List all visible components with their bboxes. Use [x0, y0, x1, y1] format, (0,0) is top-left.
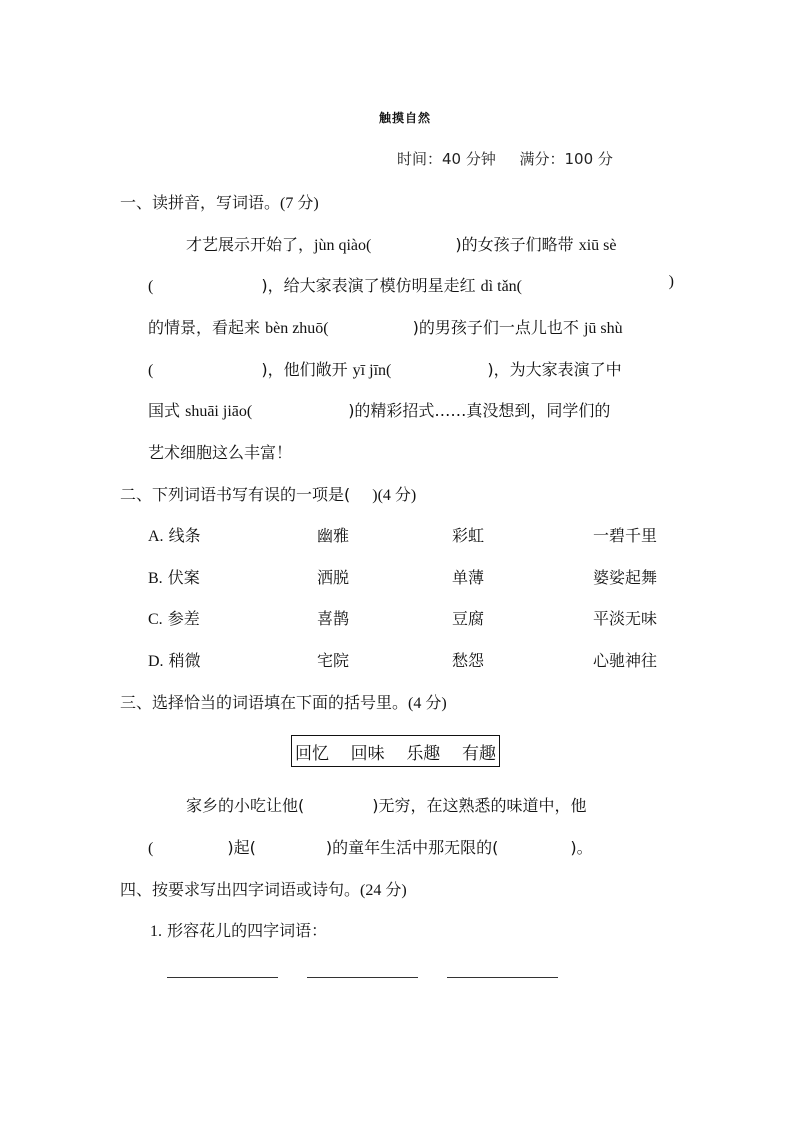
paren-open: (	[148, 278, 153, 295]
text: )。	[570, 838, 592, 857]
option-word: 稍微	[169, 651, 201, 670]
document-title: 触摸自然	[379, 109, 431, 126]
section-3-points: (4 分)	[408, 695, 447, 712]
word-bank-item: 有趣	[462, 739, 496, 764]
paren-close: )	[669, 273, 674, 291]
text: )起(	[227, 838, 256, 857]
paren-open: (	[148, 840, 153, 857]
option-word: 愁怨	[452, 648, 484, 671]
paren-open: (	[148, 362, 153, 379]
option-word: 线条	[169, 526, 201, 545]
section-3-heading: 三、选择恰当的词语填在下面的括号里。(4 分)	[120, 690, 447, 713]
option-word: 伏案	[168, 568, 200, 587]
option-row-b[interactable]: B. 伏案	[148, 565, 200, 588]
exam-meta: 时间：40 分钟 满分：100 分	[397, 148, 613, 169]
word-bank-item: 乐趣	[406, 739, 440, 764]
text: )的男孩子们一点儿也不	[413, 318, 584, 337]
option-word: 心驰神往	[593, 648, 657, 671]
passage-line-5: 国式 shuāi jiāo()的精彩招式……真没想到，同学们的	[148, 398, 610, 421]
option-word: 喜鹊	[317, 606, 349, 629]
option-word: 宅院	[317, 648, 349, 671]
section-2-heading: 二、下列词语书写有误的一项是()(4 分)	[120, 482, 416, 505]
text: 国式	[148, 401, 185, 420]
time-label: 时间：	[397, 150, 442, 168]
section-3-line-1: 家乡的小吃让他()无穷，在这熟悉的味道中，他	[186, 793, 587, 816]
pinyin-shuai-jiao: shuāi jiāo(	[185, 403, 252, 420]
section-3-line-2: ()起()的童年生活中那无限的()。	[148, 835, 593, 858]
section-4-heading: 四、按要求写出四字词语或诗句。(24 分)	[120, 877, 407, 900]
text: )，为大家表演了中	[487, 360, 621, 379]
word-bank-box: 回忆 回味 乐趣 有趣	[291, 735, 500, 767]
text: )，他们敞开	[261, 360, 352, 379]
text: )的女孩子们略带	[455, 235, 578, 254]
option-row-c[interactable]: C. 参差	[148, 606, 200, 629]
option-word: 豆腐	[452, 606, 484, 629]
section-1-points: (7 分)	[280, 195, 319, 212]
option-word: 平淡无味	[593, 606, 657, 629]
answer-underline-1[interactable]	[167, 977, 278, 978]
passage-line-2: ()，给大家表演了模仿明星走红 dì tǎn()	[148, 273, 674, 296]
option-word: 参差	[168, 609, 200, 628]
option-word: 幽雅	[317, 523, 349, 546]
text: )的童年生活中那无限的(	[326, 838, 499, 857]
section-2-points: (4 分)	[378, 487, 417, 504]
pinyin-ju-shu: jū shù	[584, 320, 623, 337]
answer-underline-3[interactable]	[447, 977, 558, 978]
score-value: 100	[564, 150, 593, 168]
text: 才艺展示开始了，	[186, 235, 314, 254]
option-word: 一碧千里	[593, 523, 657, 546]
score-unit: 分	[598, 150, 613, 168]
question-text: 形容花儿的四字词语：	[167, 921, 327, 940]
section-3-title: 三、选择恰当的词语填在下面的括号里。	[120, 693, 408, 712]
section-4-points: (24 分)	[360, 882, 407, 899]
passage-line-4: ()，他们敞开 yī jīn()，为大家表演了中	[148, 357, 622, 380]
time-unit: 分钟	[466, 150, 496, 168]
time-value: 40	[442, 150, 461, 168]
option-label: D.	[148, 653, 164, 670]
option-label: B.	[148, 570, 163, 587]
option-word: 单薄	[452, 565, 484, 588]
passage-line-1: 才艺展示开始了，jùn qiào()的女孩子们略带 xiū sè	[186, 232, 616, 255]
option-row-a[interactable]: A. 线条	[148, 523, 201, 546]
question-number: 1.	[150, 923, 162, 940]
score-label: 满分：	[519, 150, 564, 168]
passage-line-3: 的情景，看起来 bèn zhuō()的男孩子们一点儿也不 jū shù	[148, 315, 623, 338]
option-word: 彩虹	[452, 523, 484, 546]
section-2-title: 二、下列词语书写有误的一项是(	[120, 485, 350, 504]
text: 家乡的小吃让他(	[186, 796, 304, 815]
question-4-1: 1. 形容花儿的四字词语：	[150, 918, 327, 941]
option-label: C.	[148, 611, 163, 628]
word-bank-item: 回忆	[295, 739, 329, 764]
section-4-title: 四、按要求写出四字词语或诗句。	[120, 880, 360, 899]
pinyin-yi-jin: yī jīn(	[353, 362, 392, 379]
option-word: 洒脱	[317, 565, 349, 588]
pinyin-jun-qiao: jùn qiào(	[314, 237, 371, 254]
word-bank-item: 回味	[351, 739, 385, 764]
pinyin-xiu-se: xiū sè	[579, 237, 617, 254]
option-row-d[interactable]: D. 稍微	[148, 648, 201, 671]
pinyin-ben-zhuo: bèn zhuō(	[265, 320, 329, 337]
pinyin-di-tan: dì tǎn(	[481, 278, 522, 295]
option-label: A.	[148, 528, 164, 545]
answer-underline-2[interactable]	[307, 977, 418, 978]
option-word: 婆娑起舞	[593, 565, 657, 588]
text: )的精彩招式……真没想到，同学们的	[348, 401, 610, 420]
text: 的情景，看起来	[148, 318, 265, 337]
text: )无穷，在这熟悉的味道中，他	[372, 796, 586, 815]
passage-line-6: 艺术细胞这么丰富！	[148, 440, 292, 463]
section-1-heading: 一、读拼音，写词语。(7 分)	[120, 190, 319, 213]
text: )，给大家表演了模仿明星走红	[261, 276, 480, 295]
section-1-title: 一、读拼音，写词语。	[120, 193, 280, 212]
